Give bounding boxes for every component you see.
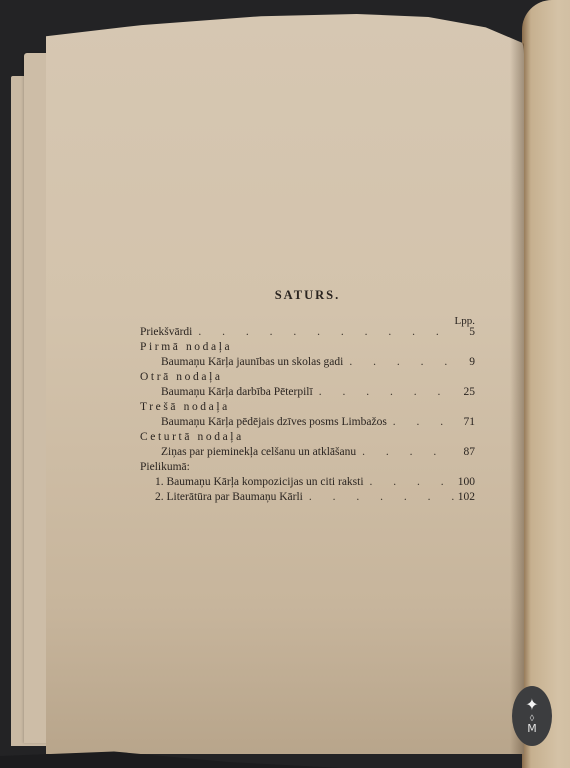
toc-entry-page: 71 [457, 415, 475, 430]
dot-leader: . . . . . . . . . . . . . . . . . . . . … [303, 490, 457, 505]
toc-entry-page: 102 [457, 490, 475, 505]
watermark-logo: ✦ ◊ M [512, 686, 552, 746]
chapter-heading: Otrā nodaļa [140, 370, 223, 385]
table-of-contents: SATURS. Lpp. Priekšvārdi . . . . . . . .… [140, 288, 475, 505]
toc-entry-label: Baumaņu Kārļa darbība Pēterpilī [161, 385, 313, 400]
toc-section: Pielikumā: [140, 460, 475, 475]
toc-entry: Ziņas par pieminekļa celšanu un atklāšan… [140, 445, 475, 460]
toc-chapter: Ceturtā nodaļa [140, 430, 475, 445]
dot-leader: . . . . . . . . . . . . . . . . . . . . … [313, 385, 457, 400]
toc-entry-page: 87 [457, 445, 475, 460]
appendix-heading: Pielikumā: [140, 460, 190, 475]
toc-chapter: Trešā nodaļa [140, 400, 475, 415]
toc-entry: Priekšvārdi . . . . . . . . . . . . . . … [140, 325, 475, 340]
toc-entry: Baumaņu Kārļa darbība Pēterpilī . . . . … [140, 385, 475, 400]
toc-entry-label: Priekšvārdi [140, 325, 192, 340]
toc-chapter: Pirmā nodaļa [140, 340, 475, 355]
facing-page-edge [522, 0, 570, 768]
dot-leader: . . . . . . . . . . . . . . . . . . . . … [192, 325, 457, 340]
toc-entry-page: 25 [457, 385, 475, 400]
toc-entry-label: Baumaņu Kārļa jaunības un skolas gadi [161, 355, 343, 370]
toc-entry-page: 5 [457, 325, 475, 340]
ornament-icon: ✦ [525, 698, 538, 714]
toc-title: SATURS. [140, 288, 475, 303]
toc-entry-page: 9 [457, 355, 475, 370]
dot-leader: . . . . . . . . . . . . . . . . . . . . … [356, 445, 457, 460]
toc-chapter: Otrā nodaļa [140, 370, 475, 385]
toc-entry-label: 2. Literātūra par Baumaņu Kārli [155, 490, 303, 505]
dot-leader: . . . . . . . . . . . . . . . . . . . . … [343, 355, 457, 370]
chapter-heading: Ceturtā nodaļa [140, 430, 244, 445]
toc-entry: 2. Literātūra par Baumaņu Kārli . . . . … [140, 490, 475, 505]
toc-entry-label: Ziņas par pieminekļa celšanu un atklāšan… [161, 445, 356, 460]
chapter-heading: Trešā nodaļa [140, 400, 230, 415]
toc-entry-label: 1. Baumaņu Kārļa kompozicijas un citi ra… [155, 475, 364, 490]
toc-entry: Baumaņu Kārļa jaunības un skolas gadi . … [140, 355, 475, 370]
dot-leader: . . . . . . . . . . . . . . . . . . . . … [387, 415, 457, 430]
chapter-heading: Pirmā nodaļa [140, 340, 232, 355]
dot-leader: . . . . . . . . . . . . . . . . . . . . … [364, 475, 457, 490]
toc-entry-page: 100 [457, 475, 475, 490]
toc-entry: 1. Baumaņu Kārļa kompozicijas un citi ra… [140, 475, 475, 490]
toc-entry: Baumaņu Kārļa pēdējais dzīves posms Limb… [140, 415, 475, 430]
logo-letter: M [527, 723, 537, 734]
toc-entry-label: Baumaņu Kārļa pēdējais dzīves posms Limb… [161, 415, 387, 430]
